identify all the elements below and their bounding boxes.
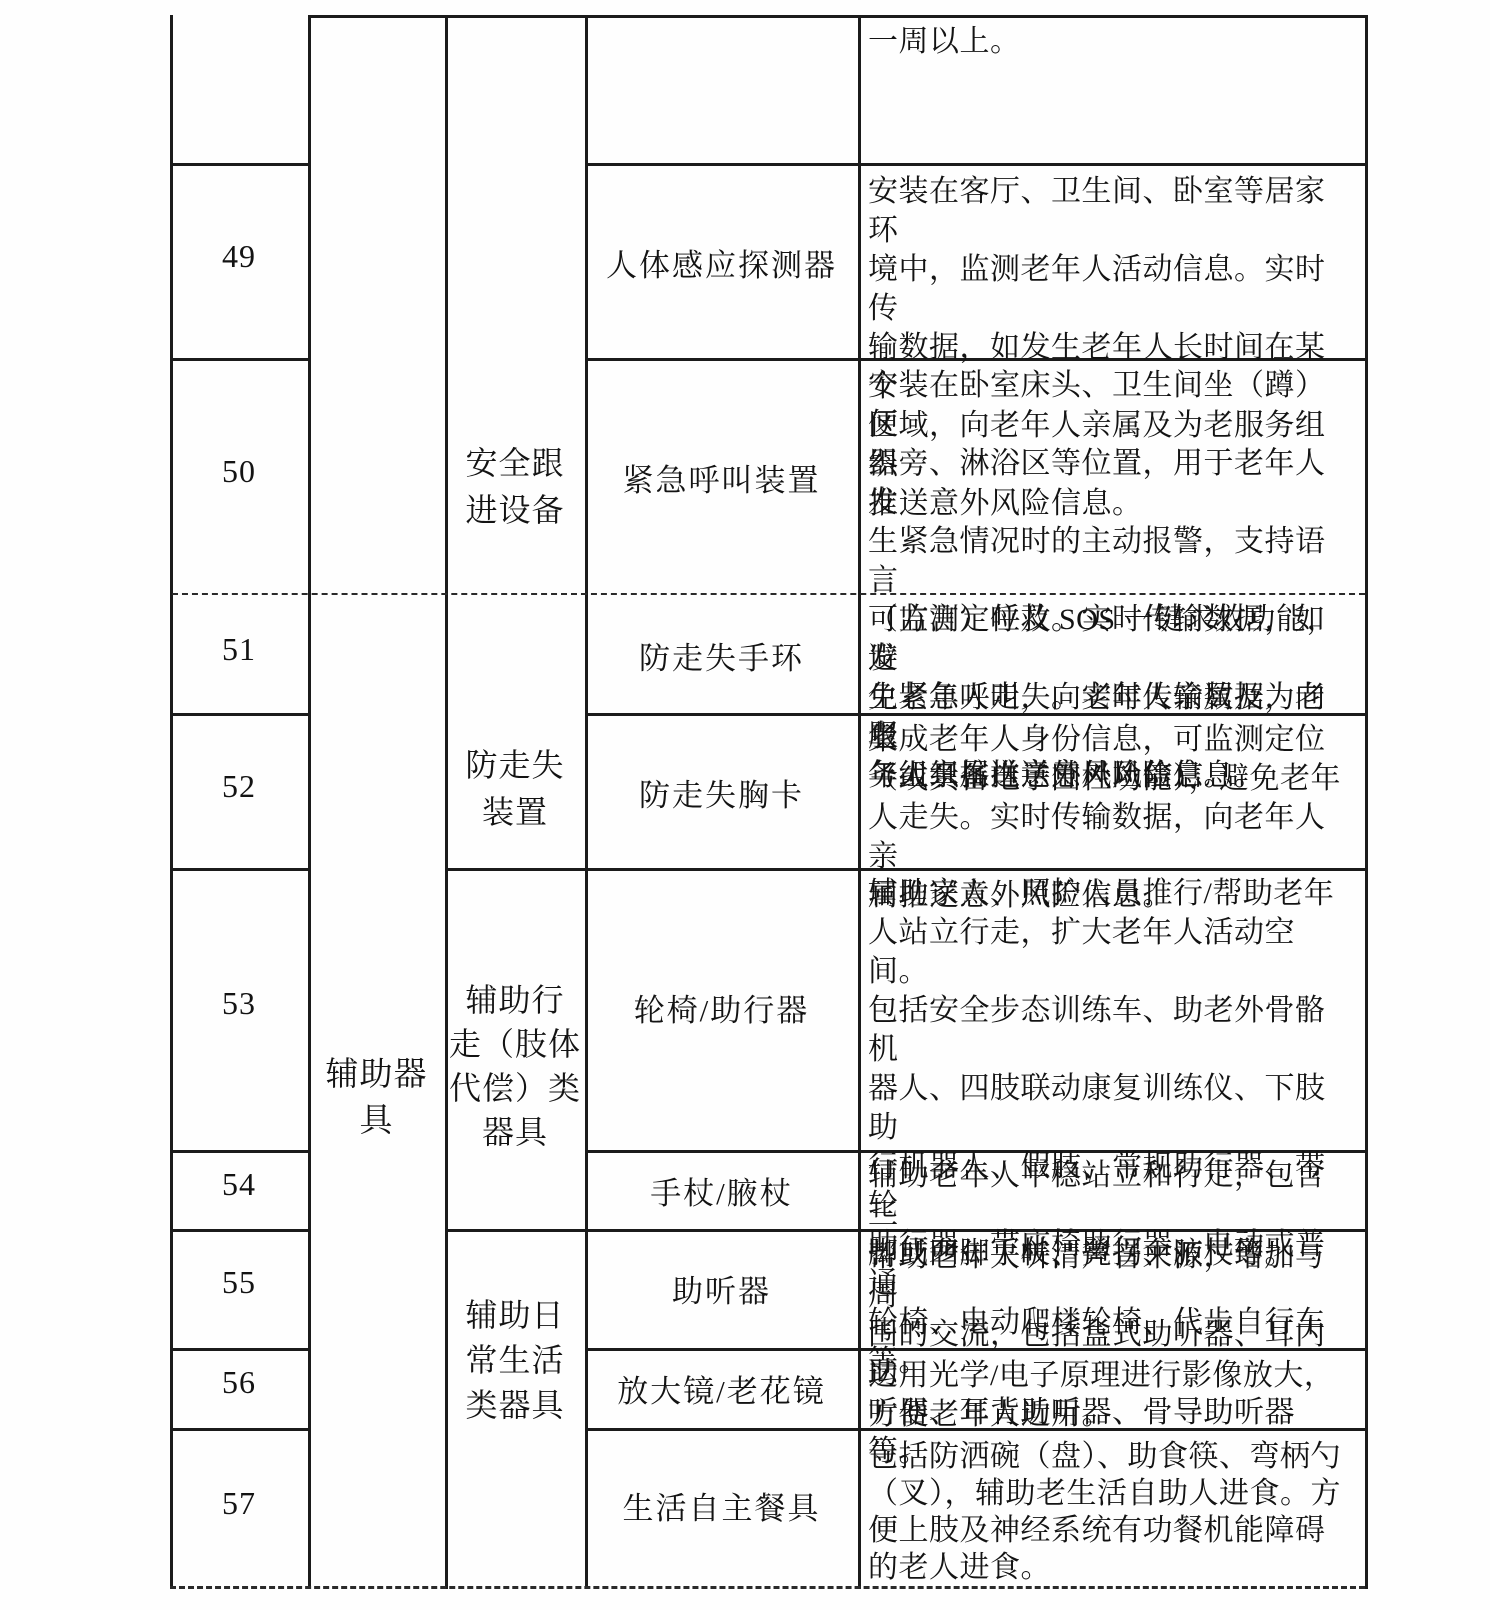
item-name: 生活自主餐具 (585, 1483, 858, 1528)
subcategory-walking-aids: 辅助行 走（肢体 代偿）类 器具 (445, 978, 585, 1154)
subcategory-daily-living-aids: 辅助日 常生活 类器具 (445, 1293, 585, 1428)
row-divider-49-50-left (170, 358, 311, 361)
row-divider-48-49-right (585, 163, 1365, 166)
table-bottom-border-dashed (170, 1586, 1365, 1589)
item-name: 助听器 (585, 1266, 858, 1311)
item-description: 包括防洒碗（盘）、助食筷、弯柄勺 （叉），辅助老生活自助人进食。方 便上肢及神经… (868, 1438, 1352, 1586)
carryover-description: 一周以上。 (868, 22, 1352, 61)
item-name: 放大镜/老花镜 (585, 1366, 858, 1411)
row-divider-48-49-left (170, 163, 311, 166)
item-name: 轮椅/助行器 (585, 985, 858, 1030)
column-divider-item-description (858, 15, 861, 1589)
item-name: 手杖/腋杖 (585, 1168, 858, 1213)
table-right-border (1365, 15, 1368, 1589)
row-divider-54-55-left (170, 1229, 311, 1232)
item-description: 运用光学/电子原理进行影像放大， 方便老年人近用。 (868, 1356, 1352, 1434)
row-number: 52 (170, 768, 308, 805)
item-description: 帮助老年人听清声音来源，增加与周 围的交流，包括盒式助听器、耳内助 听器、耳背助… (868, 1237, 1352, 1471)
item-name: 紧急呼叫装置 (585, 455, 858, 500)
row-divider-52-53-left (170, 868, 311, 871)
category-cell: 辅助器 具 (308, 1052, 445, 1144)
row-divider-56-57-left (170, 1428, 311, 1431)
row-number: 51 (170, 631, 308, 668)
column-divider-number-category (308, 15, 311, 1589)
row-number: 50 (170, 453, 308, 490)
row-divider-51-52-left (170, 713, 311, 716)
subcategory-safety-tracking: 安全跟 进设备 (445, 440, 585, 534)
row-divider-53-54-left (170, 1150, 311, 1153)
item-name: 防走失手环 (585, 633, 858, 678)
scanned-table-page: 一周以上。 辅助器 具 安全跟 进设备 防走失 装置 辅助行 走（肢体 代偿）类… (0, 0, 1490, 1610)
row-divider-55-56-left (170, 1348, 311, 1351)
table-top-border (308, 15, 1368, 18)
row-number: 53 (170, 985, 308, 1022)
row-number: 54 (170, 1166, 308, 1203)
subcategory-anti-wandering: 防走失 装置 (445, 742, 585, 836)
row-number: 55 (170, 1264, 308, 1301)
item-name: 人体感应探测器 (585, 240, 858, 285)
item-name: 防走失胸卡 (585, 770, 858, 815)
row-number: 49 (170, 238, 308, 275)
row-number: 57 (170, 1485, 308, 1522)
row-number: 56 (170, 1364, 308, 1401)
